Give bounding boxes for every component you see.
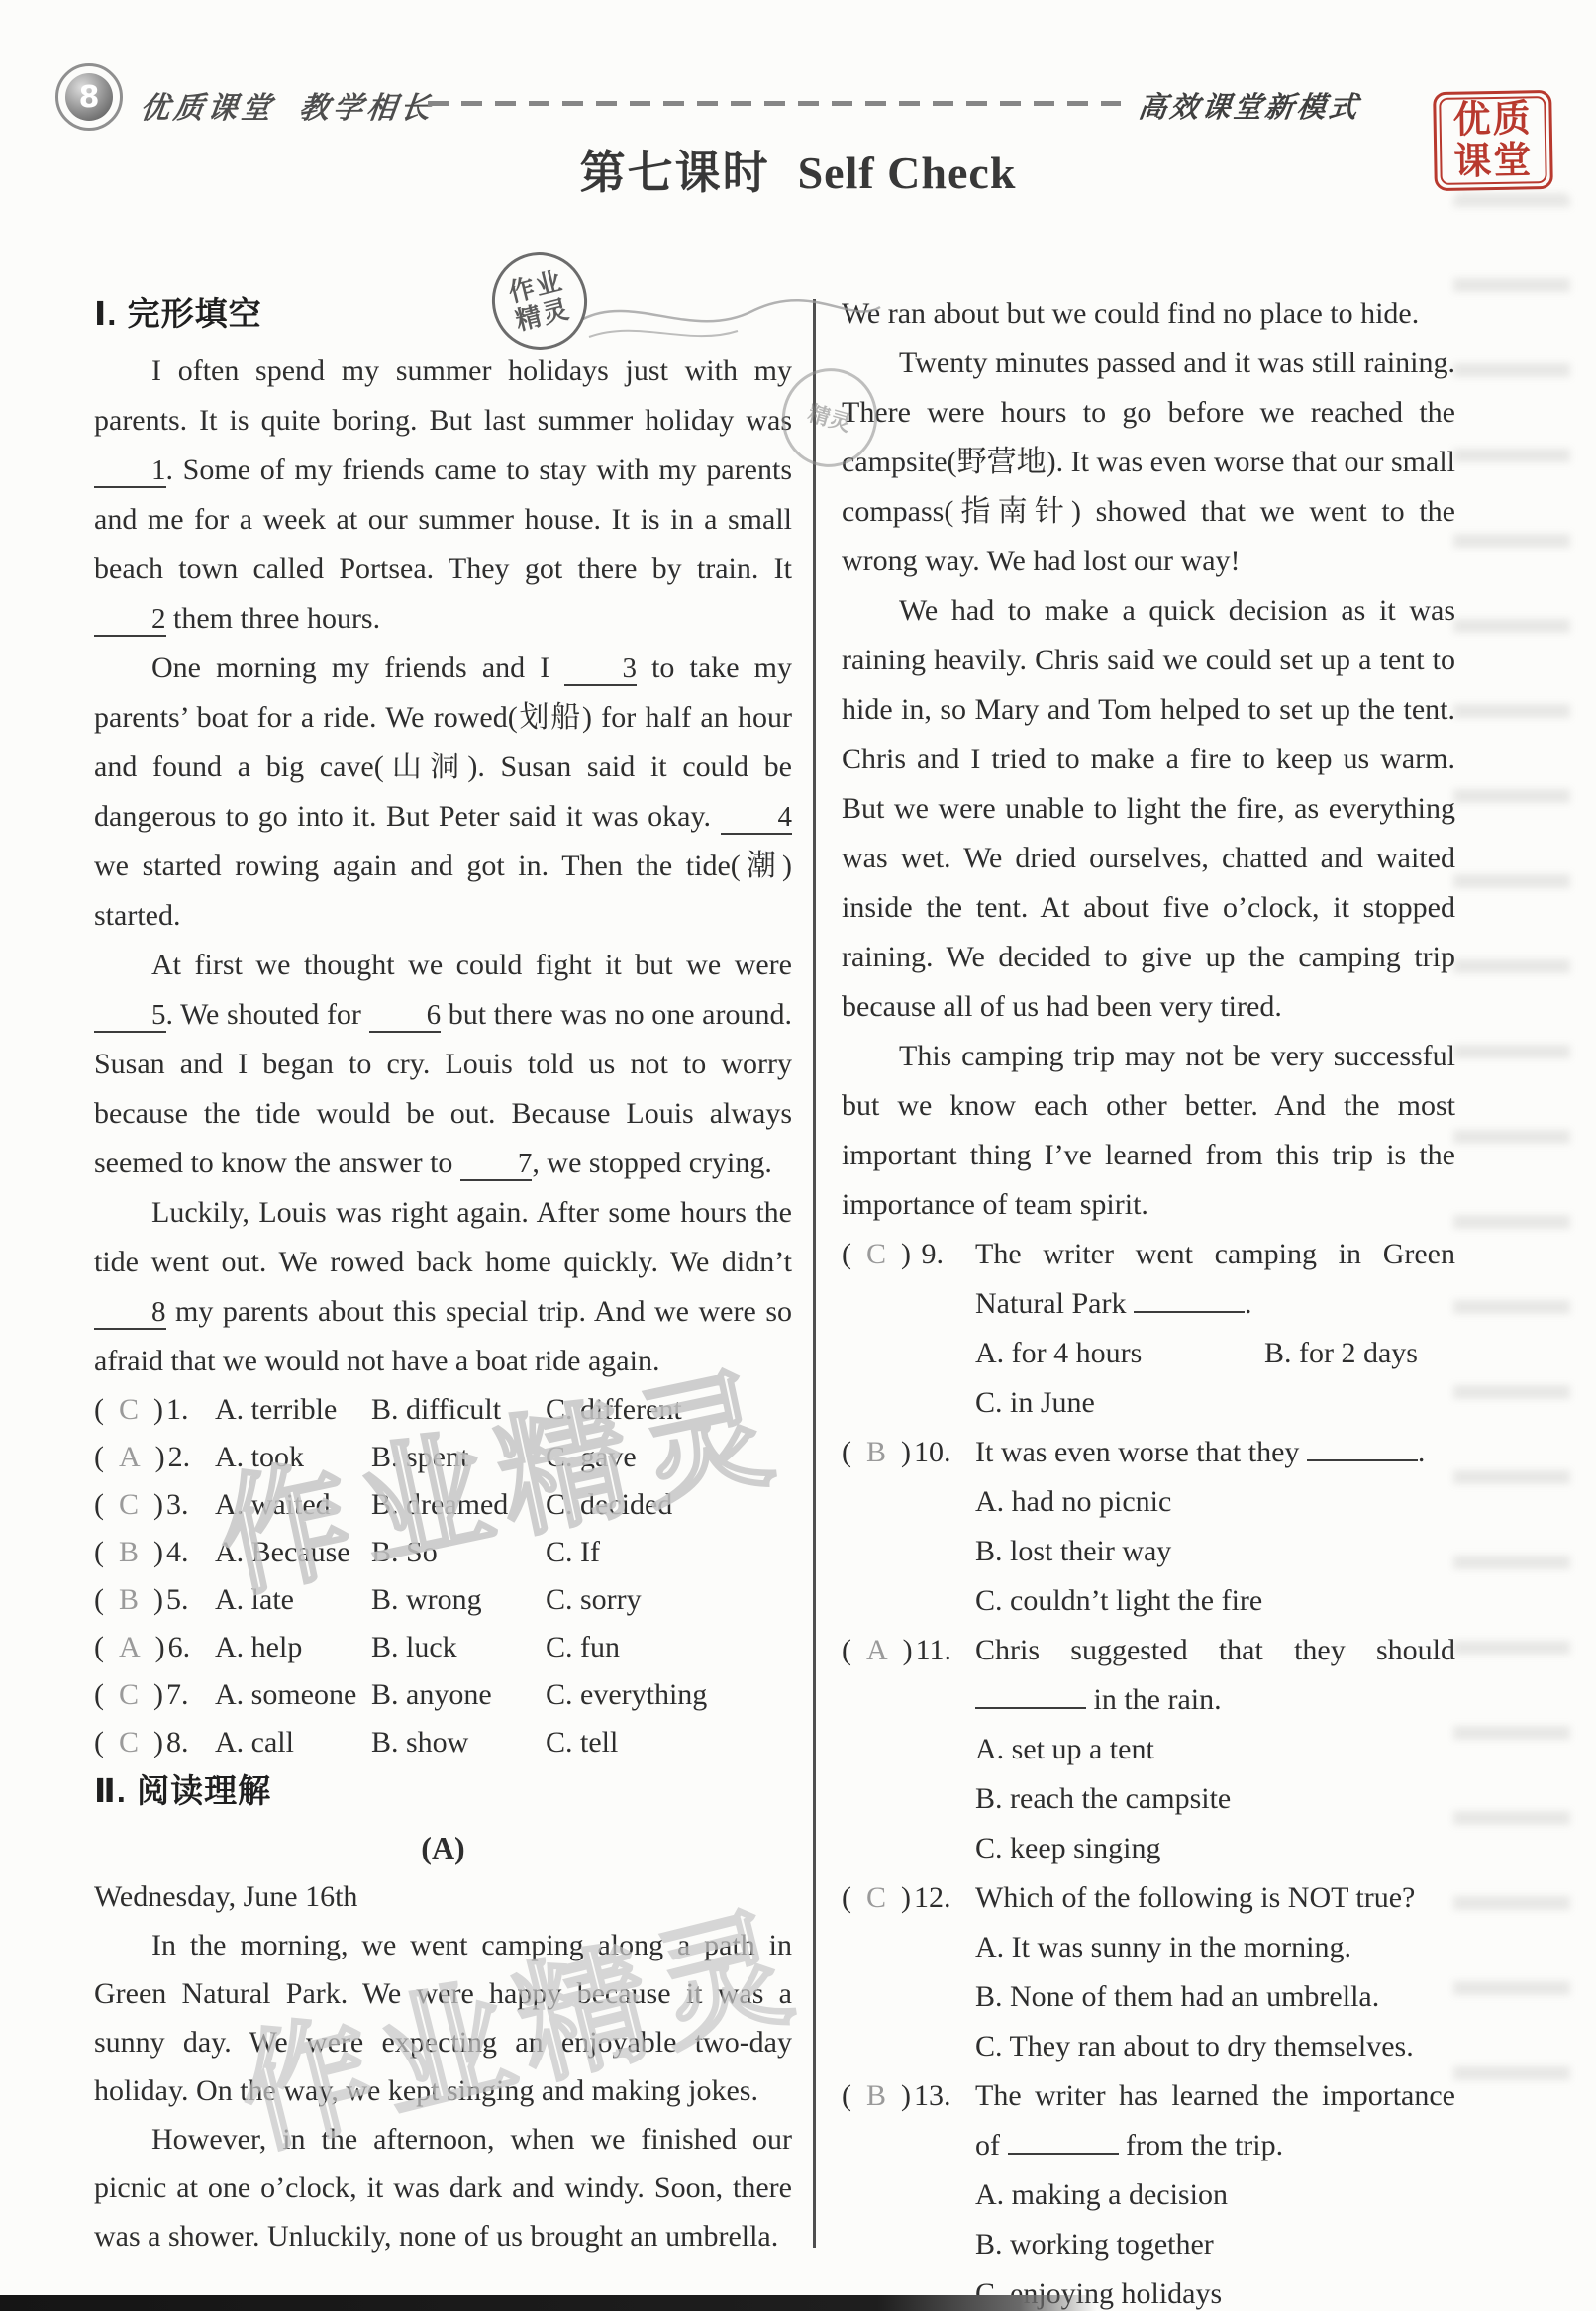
answer-letter: B <box>104 1583 153 1616</box>
reading-question: (B)10.It was even worse that they .A. ha… <box>842 1428 1455 1626</box>
answer-letter: A <box>104 1441 155 1473</box>
cloze-options-table: (C)1.A. terribleB. difficultC. different… <box>94 1386 792 1766</box>
pen-scribble <box>579 285 886 354</box>
question-stem: Which of the following is NOT true? <box>975 1873 1455 1923</box>
question-option: B. reach the campsite <box>975 1774 1231 1824</box>
page-title: 第七课时Self Check <box>0 137 1596 202</box>
question-option-row: A. had no picnic <box>975 1477 1455 1527</box>
answer-letter: C <box>104 1393 153 1426</box>
option-b: B. difficult <box>371 1386 546 1434</box>
cloze-paragraph: Luckily, Louis was right again. After so… <box>94 1188 792 1386</box>
question-body: Chris suggested that they should in the … <box>975 1626 1455 1873</box>
cloze-paragraph: At first we thought we could fight it bu… <box>94 941 792 1188</box>
header-dashed-rule <box>428 101 1121 106</box>
cloze-passage: I often spend my summer holidays just wi… <box>94 347 792 1386</box>
answer-marker: (C)8. <box>94 1719 215 1766</box>
cloze-option-row: (A)2.A. tookB. spentC. gave <box>94 1434 792 1481</box>
answer-blank <box>975 1704 1086 1709</box>
reading-paragraph: However, in the afternoon, when we finis… <box>94 2115 792 2261</box>
cloze-option-row: (C)3.A. waitedB. dreamedC. decided <box>94 1481 792 1529</box>
question-option: A. had no picnic <box>975 1477 1171 1527</box>
answer-letter: C <box>851 1881 901 1914</box>
answer-letter: B <box>851 1436 901 1468</box>
question-option-row: B. reach the campsite <box>975 1774 1455 1824</box>
answer-letter: C <box>104 1488 153 1521</box>
reading-paragraph: This camping trip may not be very succes… <box>842 1032 1455 1230</box>
question-option-row: C. They ran about to dry themselves. <box>975 2022 1455 2071</box>
cloze-option-row: (A)6.A. helpB. luckC. fun <box>94 1624 792 1671</box>
option-b: B. So <box>371 1529 546 1576</box>
question-option: B. for 2 days <box>1264 1329 1418 1378</box>
question-stem: Chris suggested that they should in the … <box>975 1626 1455 1725</box>
question-option: A. for 4 hours <box>975 1329 1264 1378</box>
option-b: B. dreamed <box>371 1481 546 1529</box>
reading-section-heading: Ⅱ. 阅读理解 <box>94 1766 792 1816</box>
question-option: A. It was sunny in the morning. <box>975 1923 1351 1972</box>
column-divider-rule <box>813 299 816 2248</box>
question-stem: The writer has learned the importance of… <box>975 2071 1455 2170</box>
cloze-blank-4: 4 <box>721 802 793 835</box>
question-option-row: A. making a decision <box>975 2170 1455 2220</box>
option-a: A. Because <box>215 1529 371 1576</box>
workbook-page: 8 优质课堂 教学相长 高效课堂新模式 优质 课堂 第七课时Self Check… <box>0 0 1596 2311</box>
answer-letter: A <box>851 1634 903 1666</box>
question-option-row: A. for 4 hoursB. for 2 days <box>975 1329 1455 1378</box>
reading-paragraph: We had to make a quick decision as it wa… <box>842 586 1455 1032</box>
question-number: 10. <box>911 1436 951 1468</box>
option-c: C. gave <box>546 1434 792 1481</box>
question-number: 7. <box>163 1678 189 1711</box>
cloze-blank-3: 3 <box>564 653 637 686</box>
option-c: C. decided <box>546 1481 792 1529</box>
question-option: C. couldn’t light the fire <box>975 1576 1262 1626</box>
option-b: B. anyone <box>371 1671 546 1719</box>
passage-label: (A) <box>94 1824 792 1872</box>
header-slogan-left: 优质课堂 教学相长 <box>138 83 437 127</box>
question-option: B. None of them had an umbrella. <box>975 1972 1379 2022</box>
question-number: 12. <box>911 1881 951 1914</box>
option-a: A. help <box>215 1624 371 1671</box>
cloze-blank-6: 6 <box>369 1000 442 1033</box>
question-option-row: B. lost their way <box>975 1527 1455 1576</box>
scan-edge-bar <box>0 2295 1097 2311</box>
question-option-row: B. working together <box>975 2220 1455 2269</box>
cloze-paragraph: I often spend my summer holidays just wi… <box>94 347 792 644</box>
cloze-option-row: (B)4.A. BecauseB. SoC. If <box>94 1529 792 1576</box>
reading-passage-left: In the morning, we went camping along a … <box>94 1921 792 2261</box>
cloze-blank-7: 7 <box>460 1149 533 1181</box>
option-c: C. everything <box>546 1671 792 1719</box>
option-c: C. different <box>546 1386 792 1434</box>
left-column: Ⅰ. 完形填空 I often spend my summer holidays… <box>94 289 792 2311</box>
option-b: B. wrong <box>371 1576 546 1624</box>
question-number: 2. <box>165 1441 191 1473</box>
question-option-row: C. keep singing <box>975 1824 1455 1873</box>
cloze-paragraph: One morning my friends and I 3 to take m… <box>94 644 792 941</box>
answer-marker: (C)3. <box>94 1481 215 1529</box>
cloze-blank-8: 8 <box>94 1297 166 1330</box>
answer-blank <box>1134 1308 1245 1313</box>
option-c: C. If <box>546 1529 792 1576</box>
reading-passage-right: We ran about but we could find no place … <box>842 289 1455 1230</box>
cloze-blank-2: 2 <box>94 604 166 637</box>
answer-letter: A <box>104 1631 155 1663</box>
page-number: 8 <box>65 73 113 121</box>
answer-marker: (A)6. <box>94 1624 215 1671</box>
option-b: B. show <box>371 1719 546 1766</box>
cloze-option-row: (C)7.A. someoneB. anyoneC. everything <box>94 1671 792 1719</box>
answer-marker: (B)10. <box>842 1428 975 1626</box>
question-option-row: A. It was sunny in the morning. <box>975 1923 1455 1972</box>
page-title-en: Self Check <box>798 148 1017 198</box>
question-option-row: A. set up a tent <box>975 1725 1455 1774</box>
answer-marker: (C)1. <box>94 1386 215 1434</box>
page-bleedthrough-ghost <box>1453 193 1570 2134</box>
question-number: 5. <box>163 1583 189 1616</box>
option-a: A. call <box>215 1719 371 1766</box>
question-number: 6. <box>165 1631 191 1663</box>
question-number: 13. <box>911 2079 951 2112</box>
option-c: C. sorry <box>546 1576 792 1624</box>
answer-letter: C <box>851 1238 901 1270</box>
question-option: B. lost their way <box>975 1527 1171 1576</box>
reading-paragraph-continuation: We ran about but we could find no place … <box>842 289 1455 339</box>
question-option-row: C. couldn’t light the fire <box>975 1576 1455 1626</box>
reading-questions: (C) 9.The writer went camping in Green N… <box>842 1230 1455 2311</box>
question-option: A. set up a tent <box>975 1725 1154 1774</box>
answer-letter: C <box>104 1678 153 1711</box>
page-body: Ⅰ. 完形填空 I often spend my summer holidays… <box>94 289 1460 2311</box>
answer-marker: (B)4. <box>94 1529 215 1576</box>
question-body: It was even worse that they .A. had no p… <box>975 1428 1455 1626</box>
question-option: C. in June <box>975 1378 1095 1428</box>
option-a: A. took <box>215 1434 371 1481</box>
answer-marker: (C)7. <box>94 1671 215 1719</box>
page-number-circle: 8 <box>55 63 123 131</box>
answer-marker: (C)12. <box>842 1873 975 2071</box>
option-a: A. late <box>215 1576 371 1624</box>
header-slogan-right: 高效课堂新模式 <box>1136 85 1362 126</box>
option-c: C. tell <box>546 1719 792 1766</box>
answer-blank <box>1008 2150 1119 2155</box>
reading-paragraph: In the morning, we went camping along a … <box>94 1921 792 2115</box>
cloze-option-row: (C)8.A. callB. showC. tell <box>94 1719 792 1766</box>
answer-marker: (A)2. <box>94 1434 215 1481</box>
answer-letter: B <box>104 1536 153 1568</box>
option-b: B. spent <box>371 1434 546 1481</box>
reading-paragraph: Twenty minutes passed and it was still r… <box>842 339 1455 586</box>
question-number: 8. <box>163 1726 189 1758</box>
answer-letter: B <box>851 2079 901 2112</box>
question-option-row: C. in June <box>975 1378 1455 1428</box>
question-option-row: B. None of them had an umbrella. <box>975 1972 1455 2022</box>
page-title-cn: 第七课时 <box>580 148 770 198</box>
question-number: 11. <box>913 1634 951 1666</box>
cloze-option-row: (C)1.A. terribleB. difficultC. different <box>94 1386 792 1434</box>
question-number: 3. <box>163 1488 189 1521</box>
passage-date-line: Wednesday, June 16th <box>94 1872 792 1921</box>
question-body: Which of the following is NOT true?A. It… <box>975 1873 1455 2071</box>
cloze-blank-1: 1 <box>94 455 166 488</box>
cloze-option-row: (B)5.A. lateB. wrongC. sorry <box>94 1576 792 1624</box>
question-body: The writer went camping in Green Natural… <box>975 1230 1455 1428</box>
option-a: A. someone <box>215 1671 371 1719</box>
question-option: A. making a decision <box>975 2170 1228 2220</box>
option-a: A. terrible <box>215 1386 371 1434</box>
question-option: C. They ran about to dry themselves. <box>975 2022 1414 2071</box>
reading-question: (C)12.Which of the following is NOT true… <box>842 1873 1455 2071</box>
option-a: A. waited <box>215 1481 371 1529</box>
reading-question: (A)11.Chris suggested that they should i… <box>842 1626 1455 1873</box>
option-c: C. fun <box>546 1624 792 1671</box>
question-stem: It was even worse that they . <box>975 1428 1455 1477</box>
cloze-blank-5: 5 <box>94 1000 166 1033</box>
question-number: 1. <box>163 1393 189 1426</box>
reading-question: (C) 9.The writer went camping in Green N… <box>842 1230 1455 1428</box>
question-option: B. working together <box>975 2220 1214 2269</box>
answer-marker: (B)13. <box>842 2071 975 2311</box>
question-body: The writer has learned the importance of… <box>975 2071 1455 2311</box>
question-option: C. keep singing <box>975 1824 1161 1873</box>
answer-blank <box>1307 1457 1418 1461</box>
question-number: 9. <box>911 1238 944 1270</box>
answer-letter: C <box>104 1726 153 1758</box>
answer-marker: (B)5. <box>94 1576 215 1624</box>
right-column: We ran about but we could find no place … <box>842 289 1455 2311</box>
answer-marker: (A)11. <box>842 1626 975 1873</box>
question-stem: The writer went camping in Green Natural… <box>975 1230 1455 1329</box>
answer-marker: (C) 9. <box>842 1230 975 1428</box>
reading-question: (B)13.The writer has learned the importa… <box>842 2071 1455 2311</box>
option-b: B. luck <box>371 1624 546 1671</box>
question-number: 4. <box>163 1536 189 1568</box>
